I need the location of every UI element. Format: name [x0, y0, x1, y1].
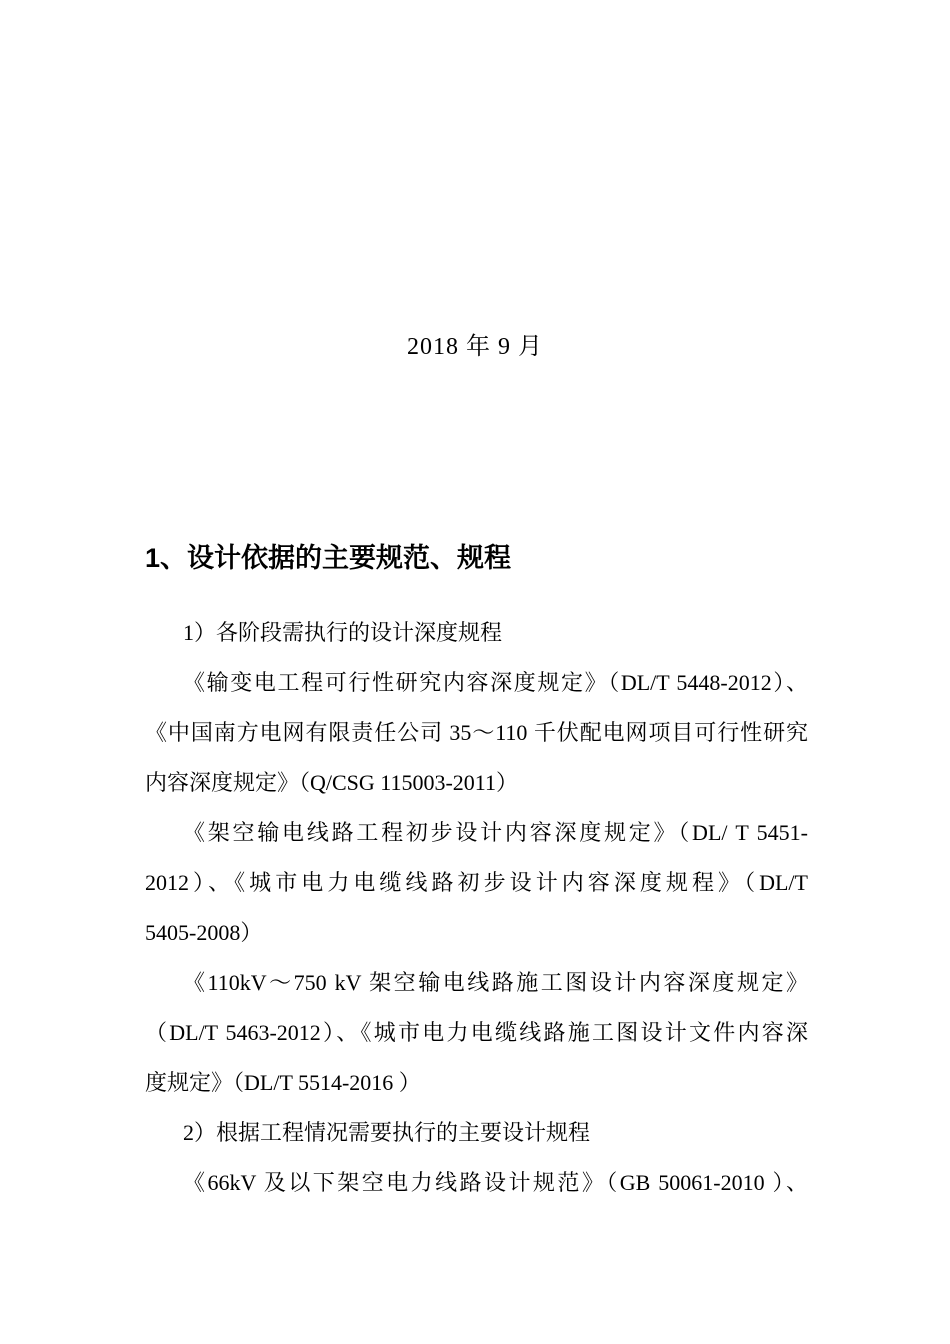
document-page: 2018 年 9 月 1、设计依据的主要规范、规程 1）各阶段需执行的设计深度规… [0, 0, 950, 1344]
text-line: 2）根据工程情况需要执行的主要设计规程 [145, 1108, 808, 1158]
document-body: 1）各阶段需执行的设计深度规程《输变电工程可行性研究内容深度规定》（DL/T 5… [145, 608, 808, 1208]
document-date: 2018 年 9 月 [0, 330, 950, 364]
text-line: 《中国南方电网有限责任公司 35～110 千伏配电网项目可行性研究 [145, 708, 808, 758]
text-line: 《架空输电线路工程初步设计内容深度规定》（DL/ T 5451- [145, 808, 808, 858]
text-line: 5405-2008） [145, 908, 808, 958]
text-line: 《66kV 及以下架空电力线路设计规范》（GB 50061-2010 ）、 [145, 1158, 808, 1208]
section-heading: 1、设计依据的主要规范、规程 [145, 542, 845, 574]
text-line: （DL/T 5463-2012）、《城市电力电缆线路施工图设计文件内容深 [145, 1008, 808, 1058]
text-line: 1）各阶段需执行的设计深度规程 [145, 608, 808, 658]
text-line: 内容深度规定》（Q/CSG 115003-2011） [145, 758, 808, 808]
text-line: 《110kV～750 kV 架空输电线路施工图设计内容深度规定》 [145, 958, 808, 1008]
text-line: 度规定》（DL/T 5514-2016 ） [145, 1058, 808, 1108]
text-line: 2012）、《城市电力电缆线路初步设计内容深度规程》（DL/T [145, 858, 808, 908]
text-line: 《输变电工程可行性研究内容深度规定》（DL/T 5448-2012）、 [145, 658, 808, 708]
